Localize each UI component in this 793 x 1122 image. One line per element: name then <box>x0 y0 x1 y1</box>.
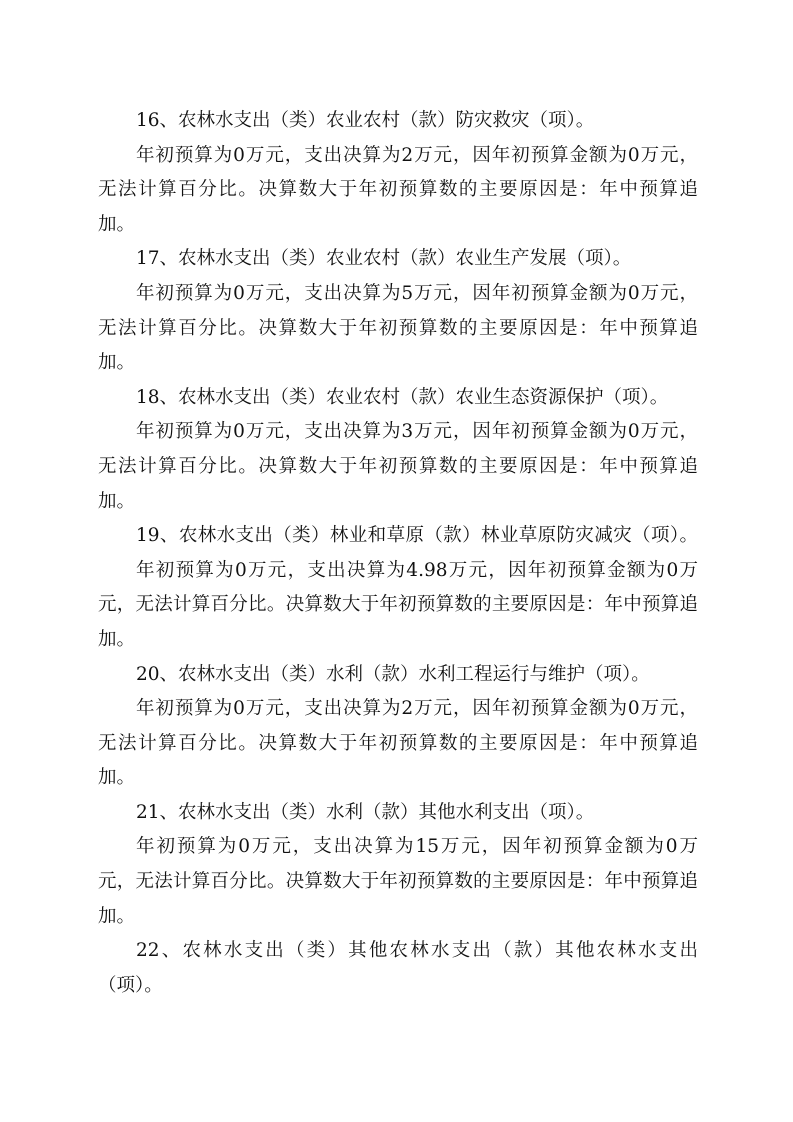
text-line: 无法计算百分比。决算数大于年初预算数的主要原因是：年中预算追 <box>98 727 698 762</box>
text-line: 19、农林水支出（类）林业和草原（款）林业草原防灾减灾（项）。 <box>98 519 698 554</box>
text-line: 无法计算百分比。决算数大于年初预算数的主要原因是：年中预算追 <box>98 312 698 347</box>
text-line: 年初预算为0万元，支出决算为5万元，因年初预算金额为0万元， <box>98 277 698 312</box>
text-line: 年初预算为0万元，支出决算为15万元，因年初预算金额为0万 <box>98 830 698 865</box>
text-line: 加。 <box>98 208 698 243</box>
text-line: 16、农林水支出（类）农业农村（款）防灾救灾（项）。 <box>98 104 698 139</box>
text-line: （项）。 <box>98 969 698 1004</box>
text-line: 加。 <box>98 761 698 796</box>
text-line: 18、农林水支出（类）农业农村（款）农业生态资源保护（项）。 <box>98 381 698 416</box>
text-line: 无法计算百分比。决算数大于年初预算数的主要原因是：年中预算追 <box>98 173 698 208</box>
document-page: 16、农林水支出（类）农业农村（款）防灾救灾（项）。年初预算为0万元，支出决算为… <box>98 104 698 1003</box>
text-line: 无法计算百分比。决算数大于年初预算数的主要原因是：年中预算追 <box>98 450 698 485</box>
text-line: 20、农林水支出（类）水利（款）水利工程运行与维护（项）。 <box>98 658 698 693</box>
text-line: 22、农林水支出（类）其他农林水支出（款）其他农林水支出 <box>98 934 698 969</box>
text-line: 21、农林水支出（类）水利（款）其他水利支出（项）。 <box>98 796 698 831</box>
text-line: 加。 <box>98 346 698 381</box>
text-line: 年初预算为0万元，支出决算为2万元，因年初预算金额为0万元， <box>98 139 698 174</box>
text-line: 年初预算为0万元，支出决算为2万元，因年初预算金额为0万元， <box>98 692 698 727</box>
text-line: 17、农林水支出（类）农业农村（款）农业生产发展（项）。 <box>98 242 698 277</box>
text-line: 加。 <box>98 623 698 658</box>
text-line: 元，无法计算百分比。决算数大于年初预算数的主要原因是：年中预算追 <box>98 865 698 900</box>
text-line: 加。 <box>98 900 698 935</box>
text-line: 加。 <box>98 485 698 520</box>
text-line: 年初预算为0万元，支出决算为4.98万元，因年初预算金额为0万 <box>98 554 698 589</box>
text-line: 年初预算为0万元，支出决算为3万元，因年初预算金额为0万元， <box>98 415 698 450</box>
text-line: 元，无法计算百分比。决算数大于年初预算数的主要原因是：年中预算追 <box>98 588 698 623</box>
